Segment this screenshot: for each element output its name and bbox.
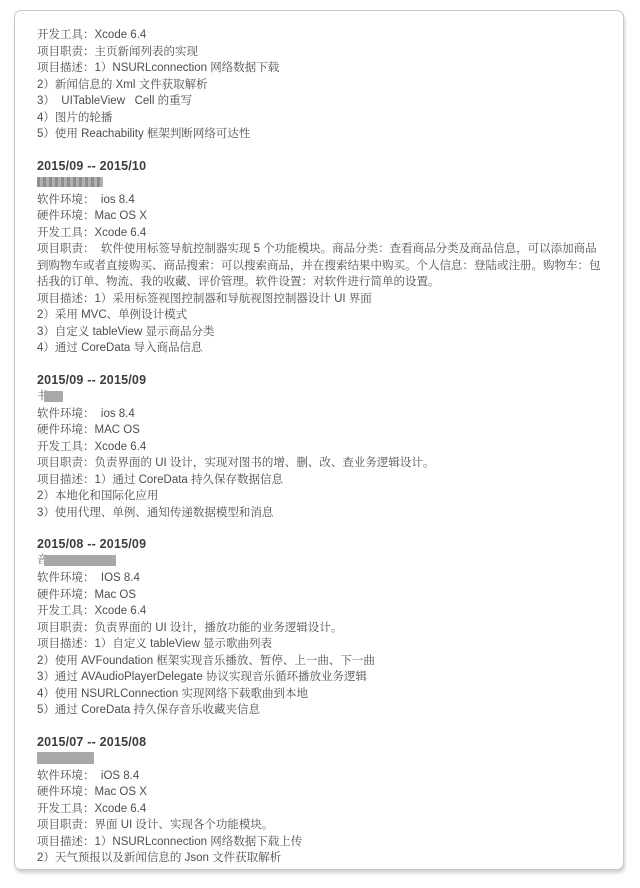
redacted-project-name xyxy=(37,177,103,187)
text-line: 4）通过 CoreData 导入商品信息 xyxy=(37,340,603,357)
project-section: 2015/08 -- 2015/09 音 软件环境： IOS 8.4 硬件环境：… xyxy=(37,535,603,719)
text-line: 开发工具：Xcode 6.4 xyxy=(37,27,603,44)
project-date-range: 2015/07 -- 2015/08 xyxy=(37,733,603,751)
text-line: 3） UITableView Cell 的重写 xyxy=(37,93,603,110)
text-line: 2）本地化和国际化应用 xyxy=(37,488,603,505)
text-line: 项目职责：负责界面的 UI 设计，实现对图书的增、删、改、查业务逻辑设计。 xyxy=(37,455,603,472)
project-section: 2015/09 -- 2015/10 软件环境： ios 8.4 硬件环境：Ma… xyxy=(37,157,603,357)
text-line: 硬件环境：MAC OS xyxy=(37,422,603,439)
text-line: 5）使用 Reachability 框架判断网络可达性 xyxy=(37,126,603,143)
text-line: 2）新闻信息的 Xml 文件获取解析 xyxy=(37,77,603,94)
text-line: 2）采用 MVC、单例设计模式 xyxy=(37,307,603,324)
text-line: 项目描述：1）NSURLconnection 网络数据下载 xyxy=(37,60,603,77)
text-line: 3）使用代理、单例、通知传递数据模型和消息 xyxy=(37,505,603,522)
text-line: 5）通过 CoreData 持久保存音乐收藏夹信息 xyxy=(37,702,603,719)
text-line: 开发工具：Xcode 6.4 xyxy=(37,225,603,242)
text-line: 4）使用 NSURLConnection 实现网络下载歌曲到本地 xyxy=(37,686,603,703)
text-line: 项目描述：1）通过 CoreData 持久保存数据信息 xyxy=(37,472,603,489)
text-line: 项目描述：1）NSURLconnection 网络数据下载上传 xyxy=(37,834,603,851)
text-line: 硬件环境：Mac OS X xyxy=(37,784,603,801)
text-line: 3）自定义 tableView 显示商品分类 xyxy=(37,324,603,341)
project-name-row xyxy=(37,752,603,765)
text-line: 2）使用 AVFoundation 框架实现音乐播放、暂停、上一曲、下一曲 xyxy=(37,653,603,670)
text-line: 项目职责： 软件使用标签导航控制器实现 5 个功能模块。商品分类：查看商品分类及… xyxy=(37,241,603,291)
text-line: 软件环境： ios 8.4 xyxy=(37,192,603,209)
redacted-project-name xyxy=(44,555,116,566)
text-line: 软件环境： IOS 8.4 xyxy=(37,570,603,587)
text-line: 项目职责：界面 UI 设计、实现各个功能模块。 xyxy=(37,817,603,834)
text-line: 开发工具：Xcode 6.4 xyxy=(37,801,603,818)
text-line: 硬件环境：Mac OS X xyxy=(37,208,603,225)
text-line: 3）通过 AVAudioPlayerDelegate 协议实现音乐循环播放业务逻… xyxy=(37,669,603,686)
project-section: 2015/09 -- 2015/09 书 软件环境： ios 8.4 硬件环境：… xyxy=(37,371,603,522)
project-date-range: 2015/09 -- 2015/10 xyxy=(37,157,603,175)
project-section: 开发工具：Xcode 6.4 项目职责：主页新闻列表的实现 项目描述：1）NSU… xyxy=(37,27,603,143)
redacted-project-name xyxy=(37,752,94,764)
resume-document-card: 开发工具：Xcode 6.4 项目职责：主页新闻列表的实现 项目描述：1）NSU… xyxy=(14,10,624,870)
project-section: 2015/07 -- 2015/08 软件环境： iOS 8.4 硬件环境：Ma… xyxy=(37,733,603,867)
text-line: 项目职责：主页新闻列表的实现 xyxy=(37,44,603,61)
text-line: 4）图片的轮播 xyxy=(37,110,603,127)
text-line: 项目职责：负责界面的 UI 设计，播放功能的业务逻辑设计。 xyxy=(37,620,603,637)
text-line: 项目描述：1）采用标签视图控制器和导航视图控制器设计 UI 界面 xyxy=(37,291,603,308)
text-line: 2）天气预报以及新闻信息的 Json 文件获取解析 xyxy=(37,850,603,867)
text-line: 开发工具：Xcode 6.4 xyxy=(37,439,603,456)
redacted-project-name xyxy=(44,391,63,402)
project-name-row: 书 xyxy=(37,390,603,403)
project-name-row: 音 xyxy=(37,554,603,567)
project-date-range: 2015/09 -- 2015/09 xyxy=(37,371,603,389)
text-line: 软件环境： iOS 8.4 xyxy=(37,768,603,785)
text-line: 开发工具：Xcode 6.4 xyxy=(37,603,603,620)
text-line: 硬件环境：Mac OS xyxy=(37,587,603,604)
text-line: 软件环境： ios 8.4 xyxy=(37,406,603,423)
project-date-range: 2015/08 -- 2015/09 xyxy=(37,535,603,553)
text-line: 项目描述：1）自定义 tableView 显示歌曲列表 xyxy=(37,636,603,653)
project-name-row xyxy=(37,176,603,189)
